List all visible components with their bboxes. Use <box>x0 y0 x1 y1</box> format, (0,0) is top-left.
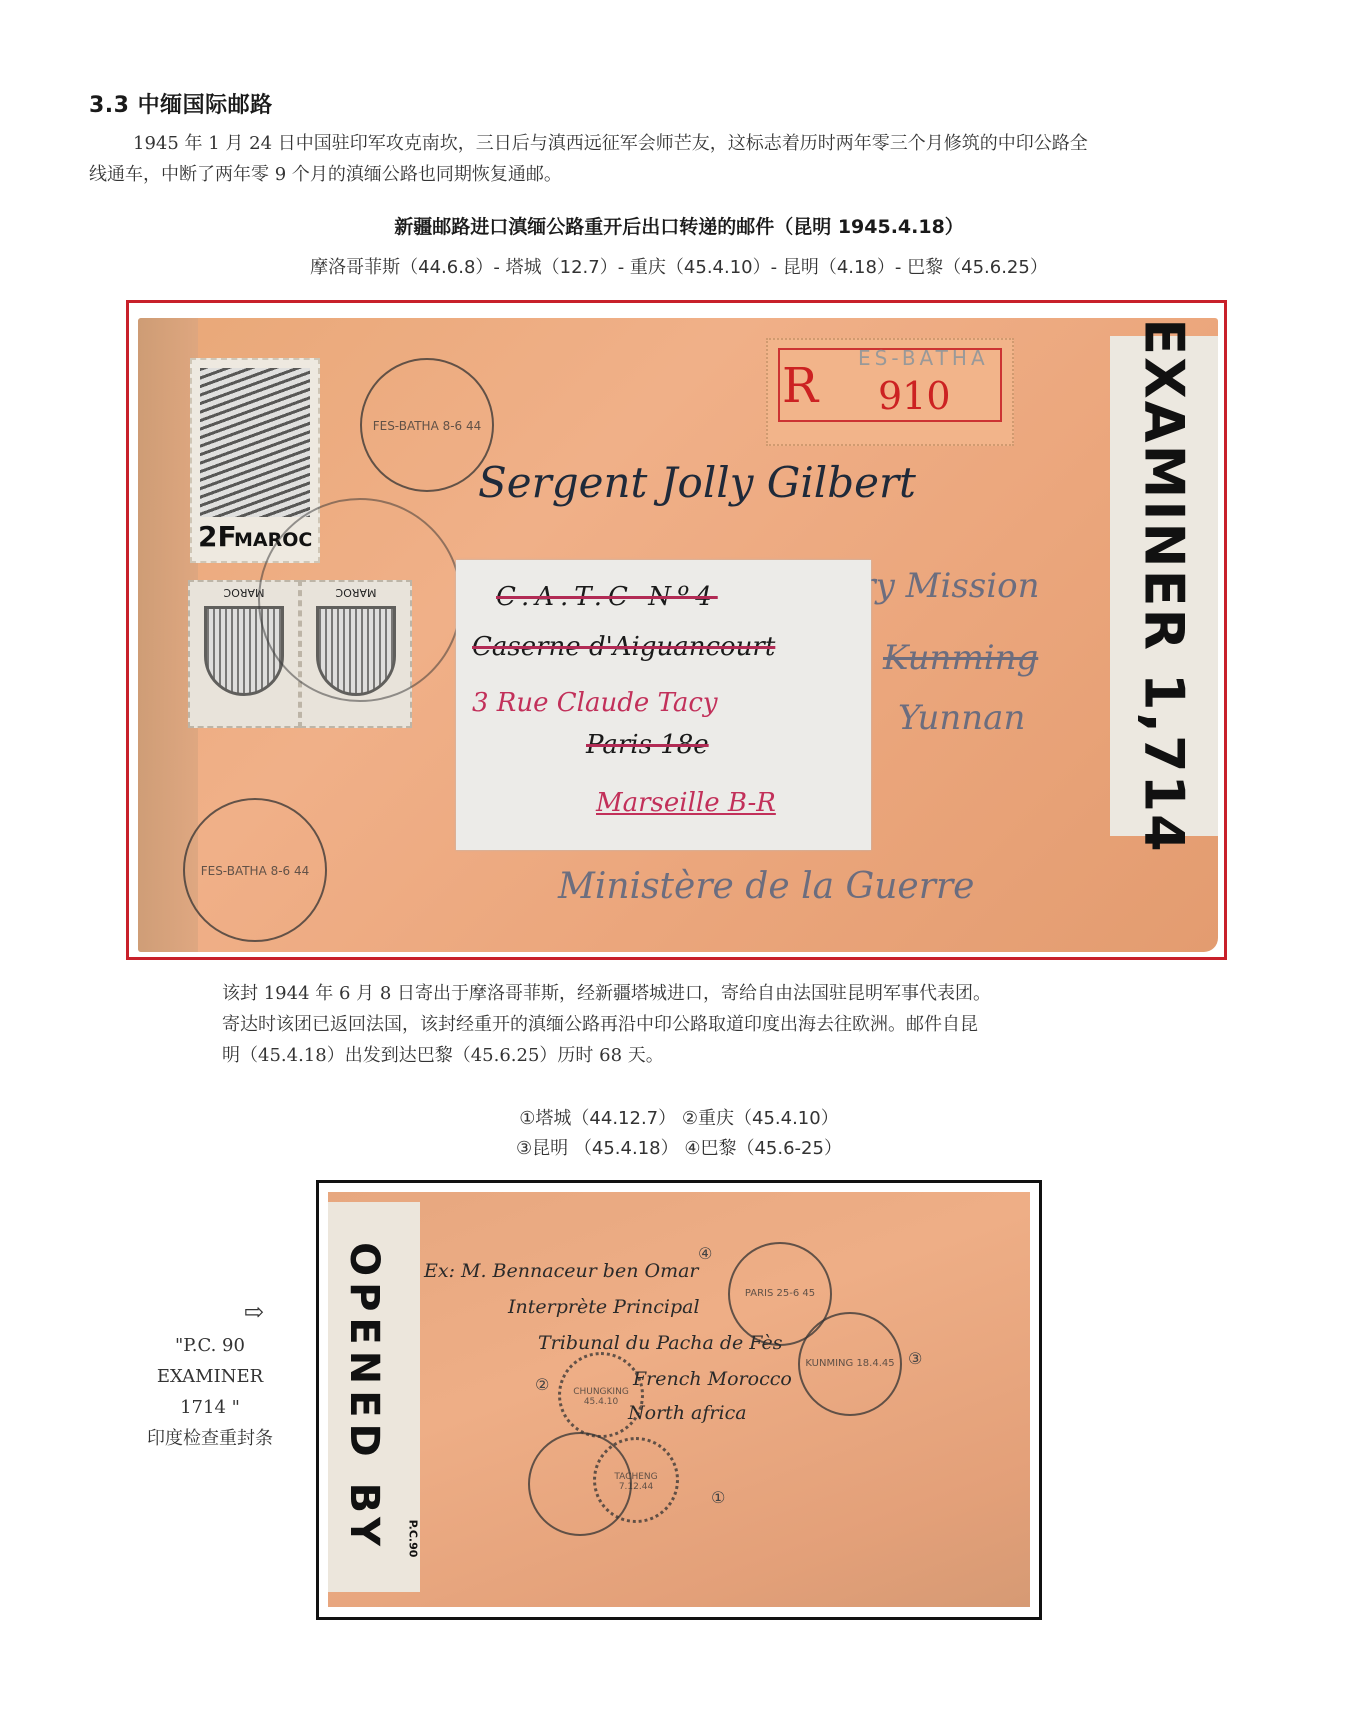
postmark-partial <box>258 498 462 702</box>
sender-line-2: Interprète Principal <box>508 1296 700 1318</box>
censor-band-text: OPENED BY <box>341 1242 387 1552</box>
address-line-4: Yunnan <box>898 698 1025 738</box>
note-line-4: 印度检查重封条 <box>110 1423 310 1454</box>
note-line-3: 1714 " <box>110 1392 310 1423</box>
registration-number: 910 <box>878 374 951 418</box>
postmark-legend: ①塔城（44.12.7） ②重庆（45.4.10） ③昆明 （45.4.18） … <box>0 1104 1358 1164</box>
arrow-right-icon: ⇨ <box>110 1300 310 1324</box>
sender-line-5: North africa <box>628 1402 747 1424</box>
marker-3: ③ <box>908 1349 922 1368</box>
registration-letter: R <box>782 358 818 414</box>
legend-line-2: ③昆明 （45.4.18） ④巴黎（45.6-25） <box>0 1134 1358 1164</box>
sender-line-1: Ex: M. Bennaceur ben Omar <box>424 1260 699 1282</box>
back-cover-envelope: OPENED BY P.C.90 Ex: M. Bennaceur ben Om… <box>328 1192 1030 1607</box>
caption-line-1: 该封 1944 年 6 月 8 日寄出于摩洛哥菲斯，经新疆塔城进口，寄给自由法国… <box>222 978 1142 1009</box>
address-line-3: Kunming <box>883 638 1038 678</box>
address-line-1: Sergent Jolly Gilbert <box>478 458 916 507</box>
registration-label: R ES-BATHA 910 <box>766 338 1014 446</box>
front-cover-envelope: 2F MAROC MAROC MAROC FES-BATHA 8-6 44 FE… <box>138 318 1218 952</box>
caption-line-3: 明（45.4.18）出发到达巴黎（45.6.25）历时 68 天。 <box>222 1040 1142 1071</box>
slip-line-3: 3 Rue Claude Tacy <box>472 688 718 718</box>
marker-4: ④ <box>698 1244 712 1263</box>
postmark-fes-batha-bottom: FES-BATHA 8-6 44 <box>183 798 327 942</box>
postmark-kunming: KUNMING 18.4.45 <box>798 1312 902 1416</box>
postmark-fes-batha-top: FES-BATHA 8-6 44 <box>360 358 494 492</box>
legend-line-1: ①塔城（44.12.7） ②重庆（45.4.10） <box>0 1104 1358 1134</box>
censor-band-text: EXAMINER 1,714 <box>1133 318 1196 853</box>
section-title: 3.3 中缅国际邮路 <box>89 88 273 119</box>
censor-band-examiner: EXAMINER 1,714 <box>1110 336 1218 836</box>
caption-line-2: 寄达时该团已返回法国，该封经重开的滇缅公路再沿中印公路取道印度出海去往欧洲。邮件… <box>222 1009 1142 1040</box>
stamp-value: 2F <box>198 520 237 553</box>
address-line-5: Ministère de la Guerre <box>558 866 974 907</box>
postmark-chungking: CHUNGKING 45.4.10 <box>558 1352 644 1438</box>
cover-caption: 该封 1944 年 6 月 8 日寄出于摩洛哥菲斯，经新疆塔城进口，寄给自由法国… <box>222 978 1142 1071</box>
redirect-slip: C.A.T.C Nº4 Caserne d'Aiguancourt 3 Rue … <box>456 560 871 850</box>
stamp-artwork <box>200 368 310 517</box>
registration-office: ES-BATHA <box>858 346 989 370</box>
intro-line-2: 线通车，中断了两年零 9 个月的滇缅公路也同期恢复通邮。 <box>89 159 1279 190</box>
note-line-2: EXAMINER <box>110 1361 310 1392</box>
note-line-1: "P.C. 90 <box>110 1330 310 1361</box>
slip-line-1: C.A.T.C Nº4 <box>496 582 718 612</box>
sender-line-3: Tribunal du Pacha de Fès <box>538 1332 782 1354</box>
slip-line-2: Caserne d'Aiguancourt <box>472 632 775 662</box>
slip-line-5: Marseille B-R <box>596 788 776 818</box>
exhibit-route: 摩洛哥菲斯（44.6.8）- 塔城（12.7）- 重庆（45.4.10）- 昆明… <box>0 253 1358 279</box>
slip-line-4: Paris 18e <box>586 730 709 760</box>
sender-line-4: French Morocco <box>633 1368 792 1390</box>
intro-line-1: 1945 年 1 月 24 日中国驻印军攻克南坎，三日后与滇西远征军会师芒友，这… <box>133 133 1088 154</box>
censor-band-opened-by: OPENED BY P.C.90 <box>328 1202 420 1592</box>
exhibit-title: 新疆邮路进口滇缅公路重开后出口转递的邮件（昆明 1945.4.18） <box>0 212 1358 239</box>
postmark-tacheng: TACHENG 7.12.44 <box>593 1437 679 1523</box>
censor-code: P.C.90 <box>406 1520 419 1558</box>
marker-2: ② <box>535 1375 549 1394</box>
censor-note: ⇨ "P.C. 90 EXAMINER 1714 " 印度检查重封条 <box>110 1300 310 1454</box>
marker-1: ① <box>711 1488 725 1507</box>
intro-paragraph: 1945 年 1 月 24 日中国驻印军攻克南坎，三日后与滇西远征军会师芒友，这… <box>89 128 1279 190</box>
